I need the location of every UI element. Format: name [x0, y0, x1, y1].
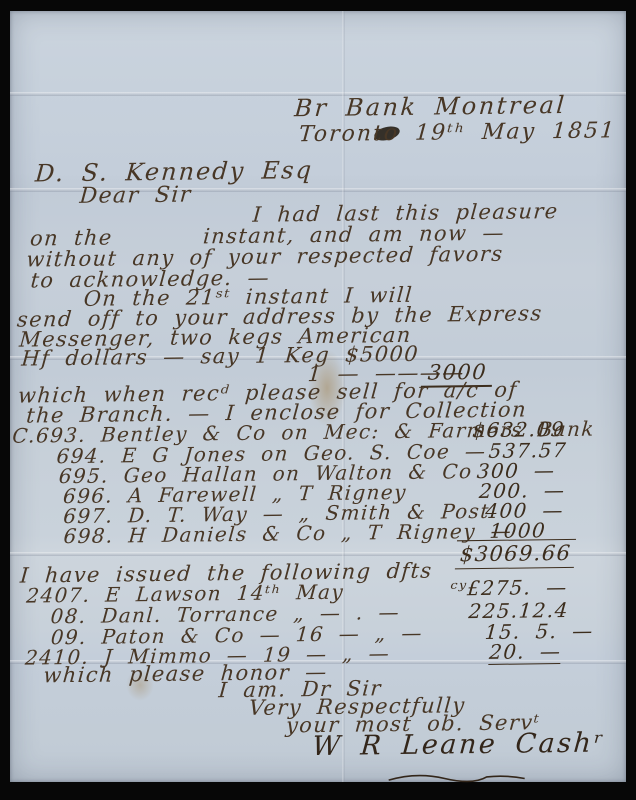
draft-row-amount: ᶜʸ£275. — — [450, 577, 569, 598]
signature-flourish — [387, 768, 527, 786]
letter-paper: Br Bank Montreal Toronto 19ᵗʰ May 1851 D… — [10, 11, 626, 782]
draft-row-amount: 20. — — [488, 641, 562, 665]
handwritten-text-layer: Br Bank Montreal Toronto 19ᵗʰ May 1851 D… — [5, 7, 630, 785]
signature: W R Leane Cashʳ — [311, 730, 606, 761]
collection-row-label: 698. H Daniels & Co „ T Rigney — — [63, 521, 513, 546]
collection-row-amount: 1000 — [489, 520, 547, 541]
letterhead-bank-name: Br Bank Montreal — [294, 93, 568, 120]
salutation: Dear Sir — [79, 185, 193, 208]
photo-black-border: Br Bank Montreal Toronto 19ᵗʰ May 1851 D… — [0, 0, 636, 800]
letterhead-place-date: Toronto 19ᵗʰ May 1851 — [298, 120, 617, 146]
recipient-name: D. S. Kennedy Esq — [34, 158, 314, 185]
draft-row-amount: 225.12.4 — [468, 600, 570, 621]
collection-row-amount: $632.09 — [472, 419, 566, 440]
collections-total: $3069.66 — [455, 539, 577, 569]
